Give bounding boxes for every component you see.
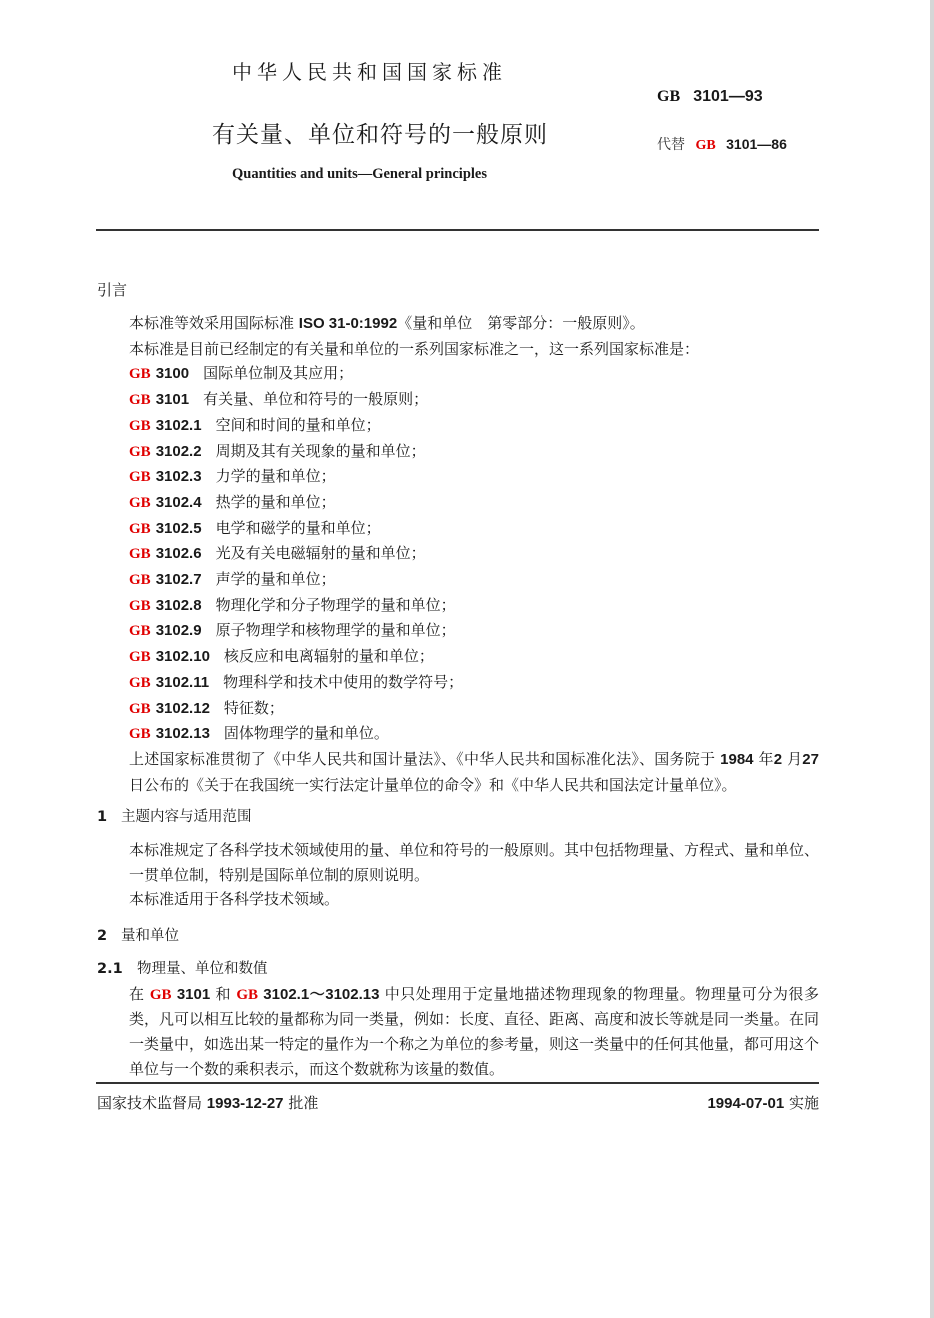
intro-paragraph-1: 本标准等效采用国际标准 ISO 31-0:1992《量和单位 第零部分：一般原则…: [97, 311, 819, 337]
standard-desc: 光及有关电磁辐射的量和单位；: [216, 544, 426, 562]
intro-heading: 引言: [97, 278, 819, 302]
gb-link[interactable]: GB: [129, 572, 151, 588]
list-item: GB3102.6光及有关电磁辐射的量和单位；: [97, 541, 819, 567]
gb-link[interactable]: GB: [129, 598, 151, 614]
list-item: GB3102.12特征数；: [97, 696, 819, 722]
p3-text-b: 年: [754, 750, 774, 768]
standard-number: 3102.2: [156, 443, 202, 460]
footer-approval: 国家技术监督局 1993-12-27 批准: [97, 1092, 318, 1113]
page-edge-scrollbar: [930, 0, 934, 1318]
list-item: GB3102.13固体物理学的量和单位。: [97, 721, 819, 747]
standard-desc: 固体物理学的量和单位。: [224, 724, 389, 742]
standard-number: 3102.7: [156, 571, 202, 588]
list-item: GB3100国际单位制及其应用；: [97, 361, 819, 387]
p-text-b: 和: [210, 985, 236, 1003]
standard-number: 3102.10: [156, 648, 210, 665]
standard-number: 3102.12: [156, 700, 210, 717]
doc-code-number: 3101—93: [693, 88, 762, 105]
intro-p1-tail: 《量和单位 第零部分：一般原则》。: [397, 314, 645, 332]
standard-number: 3102.5: [156, 520, 202, 537]
gb-link[interactable]: GB: [129, 366, 151, 382]
subsection-title: 物理量、单位和数值: [137, 961, 268, 977]
standard-desc: 特征数；: [224, 699, 284, 717]
p3-year: 1984: [720, 751, 753, 768]
subsection-number: 2.1: [97, 957, 137, 982]
p3-month: 2: [774, 751, 782, 768]
list-item: GB3102.3力学的量和单位；: [97, 464, 819, 490]
standard-desc: 声学的量和单位；: [216, 570, 336, 588]
gb-link[interactable]: GB: [129, 469, 151, 485]
standards-list: GB3100国际单位制及其应用； GB3101有关量、单位和符号的一般原则； G…: [97, 361, 819, 747]
list-item: GB3102.5电学和磁学的量和单位；: [97, 516, 819, 542]
replaces-code: 代替 GB 3101—86: [657, 134, 787, 154]
subsection-2-1-paragraph: 在 GB 3101 和 GB 3102.1～3102.13 中只处理用于定量地描…: [97, 982, 819, 1082]
approval-label: 批准: [288, 1094, 318, 1112]
standard-desc: 国际单位制及其应用；: [203, 364, 353, 382]
section-1-paragraph-1: 本标准规定了各科学技术领域使用的量、单位和符号的一般原则。其中包括物理量、方程式…: [97, 838, 819, 887]
list-item: GB3102.2周期及其有关现象的量和单位；: [97, 439, 819, 465]
standard-number: 3102.8: [156, 597, 202, 614]
gb-link[interactable]: GB: [129, 726, 151, 742]
footer-effective: 1994-07-01 实施: [707, 1092, 819, 1113]
document-title-en: Quantities and units—General principles: [232, 166, 487, 183]
standard-number: 3102.9: [156, 622, 202, 639]
subsection-2-1-heading: 2.1物理量、单位和数值: [97, 957, 819, 982]
intro-p1-text: 本标准等效采用国际标准: [129, 314, 299, 332]
standard-number: 3102.11: [156, 674, 209, 691]
standard-number: 3102.3: [156, 468, 202, 485]
document-body: 引言 本标准等效采用国际标准 ISO 31-0:1992《量和单位 第零部分：一…: [97, 278, 819, 1081]
document-code: GB 3101—93: [657, 86, 763, 106]
gb-link[interactable]: GB: [129, 392, 151, 408]
p3-text-d: 日公布的《关于在我国统一实行法定计量单位的命令》和《中华人民共和国法定计量单位》…: [129, 776, 737, 794]
standard-desc: 热学的量和单位；: [216, 493, 336, 511]
effective-date: 1994-07-01: [707, 1095, 784, 1112]
list-item: GB3102.10核反应和电离辐射的量和单位；: [97, 644, 819, 670]
intro-paragraph-2: 本标准是目前已经制定的有关量和单位的一系列国家标准之一，这一系列国家标准是：: [97, 337, 819, 362]
p3-text-c: 月: [782, 750, 802, 768]
gb-link[interactable]: GB: [129, 521, 151, 537]
national-standard-label: 中华人民共和国国家标准: [232, 56, 507, 85]
gb-link[interactable]: GB: [236, 987, 258, 1003]
standard-desc: 核反应和电离辐射的量和单位；: [224, 647, 434, 665]
p3-text-a: 上述国家标准贯彻了《中华人民共和国计量法》、《中华人民共和国标准化法》、国务院于: [129, 750, 720, 768]
list-item: GB3102.7声学的量和单位；: [97, 567, 819, 593]
approval-date: 1993-12-27: [207, 1095, 284, 1112]
intro-paragraph-3: 上述国家标准贯彻了《中华人民共和国计量法》、《中华人民共和国标准化法》、国务院于…: [97, 747, 819, 797]
iso-reference: ISO 31-0:1992: [299, 315, 397, 332]
footer-divider: [96, 1082, 819, 1084]
standard-desc: 有关量、单位和符号的一般原则；: [203, 390, 428, 408]
standard-number: 3101: [156, 391, 189, 408]
list-item: GB3102.1空间和时间的量和单位；: [97, 413, 819, 439]
gb-link[interactable]: GB: [150, 987, 172, 1003]
standard-number: 3102.6: [156, 545, 202, 562]
effective-label: 实施: [789, 1094, 819, 1112]
list-item: GB3102.11物理科学和技术中使用的数学符号；: [97, 670, 819, 696]
standard-number: 3100: [156, 365, 189, 382]
approval-org: 国家技术监督局: [97, 1094, 202, 1112]
p3-day: 27: [802, 751, 819, 768]
section-number: 2: [97, 924, 121, 949]
list-item: GB3102.8物理化学和分子物理学的量和单位；: [97, 593, 819, 619]
standard-desc: 物理化学和分子物理学的量和单位；: [216, 596, 456, 614]
gb-link[interactable]: GB: [129, 649, 151, 665]
gb-link[interactable]: GB: [129, 444, 151, 460]
standard-desc: 电学和磁学的量和单位；: [216, 519, 381, 537]
gb-link[interactable]: GB: [129, 418, 151, 434]
section-title: 主题内容与适用范围: [121, 809, 252, 825]
list-item: GB3101有关量、单位和符号的一般原则；: [97, 387, 819, 413]
section-number: 1: [97, 805, 121, 830]
section-title: 量和单位: [121, 928, 179, 944]
standard-number: 3102.1: [156, 417, 202, 434]
section-1-heading: 1主题内容与适用范围: [97, 805, 819, 830]
standard-desc: 周期及其有关现象的量和单位；: [216, 442, 426, 460]
replaces-gb-link[interactable]: GB: [695, 138, 715, 153]
standard-number: 3101: [177, 986, 210, 1003]
gb-link[interactable]: GB: [129, 623, 151, 639]
list-item: GB3102.4热学的量和单位；: [97, 490, 819, 516]
replaces-number: 3101—86: [726, 136, 787, 152]
standard-desc: 原子物理学和核物理学的量和单位；: [216, 621, 456, 639]
gb-link[interactable]: GB: [129, 495, 151, 511]
standard-number-range: 3102.1～3102.13: [263, 986, 379, 1003]
gb-link[interactable]: GB: [129, 701, 151, 717]
gb-link[interactable]: GB: [129, 675, 151, 691]
standard-number: 3102.13: [156, 725, 210, 742]
standard-desc: 空间和时间的量和单位；: [216, 416, 381, 434]
gb-link[interactable]: GB: [129, 546, 151, 562]
standard-desc: 物理科学和技术中使用的数学符号；: [223, 673, 463, 691]
p-text-a: 在: [129, 985, 150, 1003]
doc-code-prefix: GB: [657, 88, 680, 105]
document-title-cn: 有关量、单位和符号的一般原则: [212, 116, 548, 149]
section-1-paragraph-2: 本标准适用于各科学技术领域。: [97, 887, 819, 912]
replaces-label: 代替: [657, 137, 685, 153]
list-item: GB3102.9原子物理学和核物理学的量和单位；: [97, 618, 819, 644]
standard-number: 3102.4: [156, 494, 202, 511]
header-divider: [96, 229, 819, 231]
section-2-heading: 2量和单位: [97, 924, 819, 949]
standard-desc: 力学的量和单位；: [216, 467, 336, 485]
